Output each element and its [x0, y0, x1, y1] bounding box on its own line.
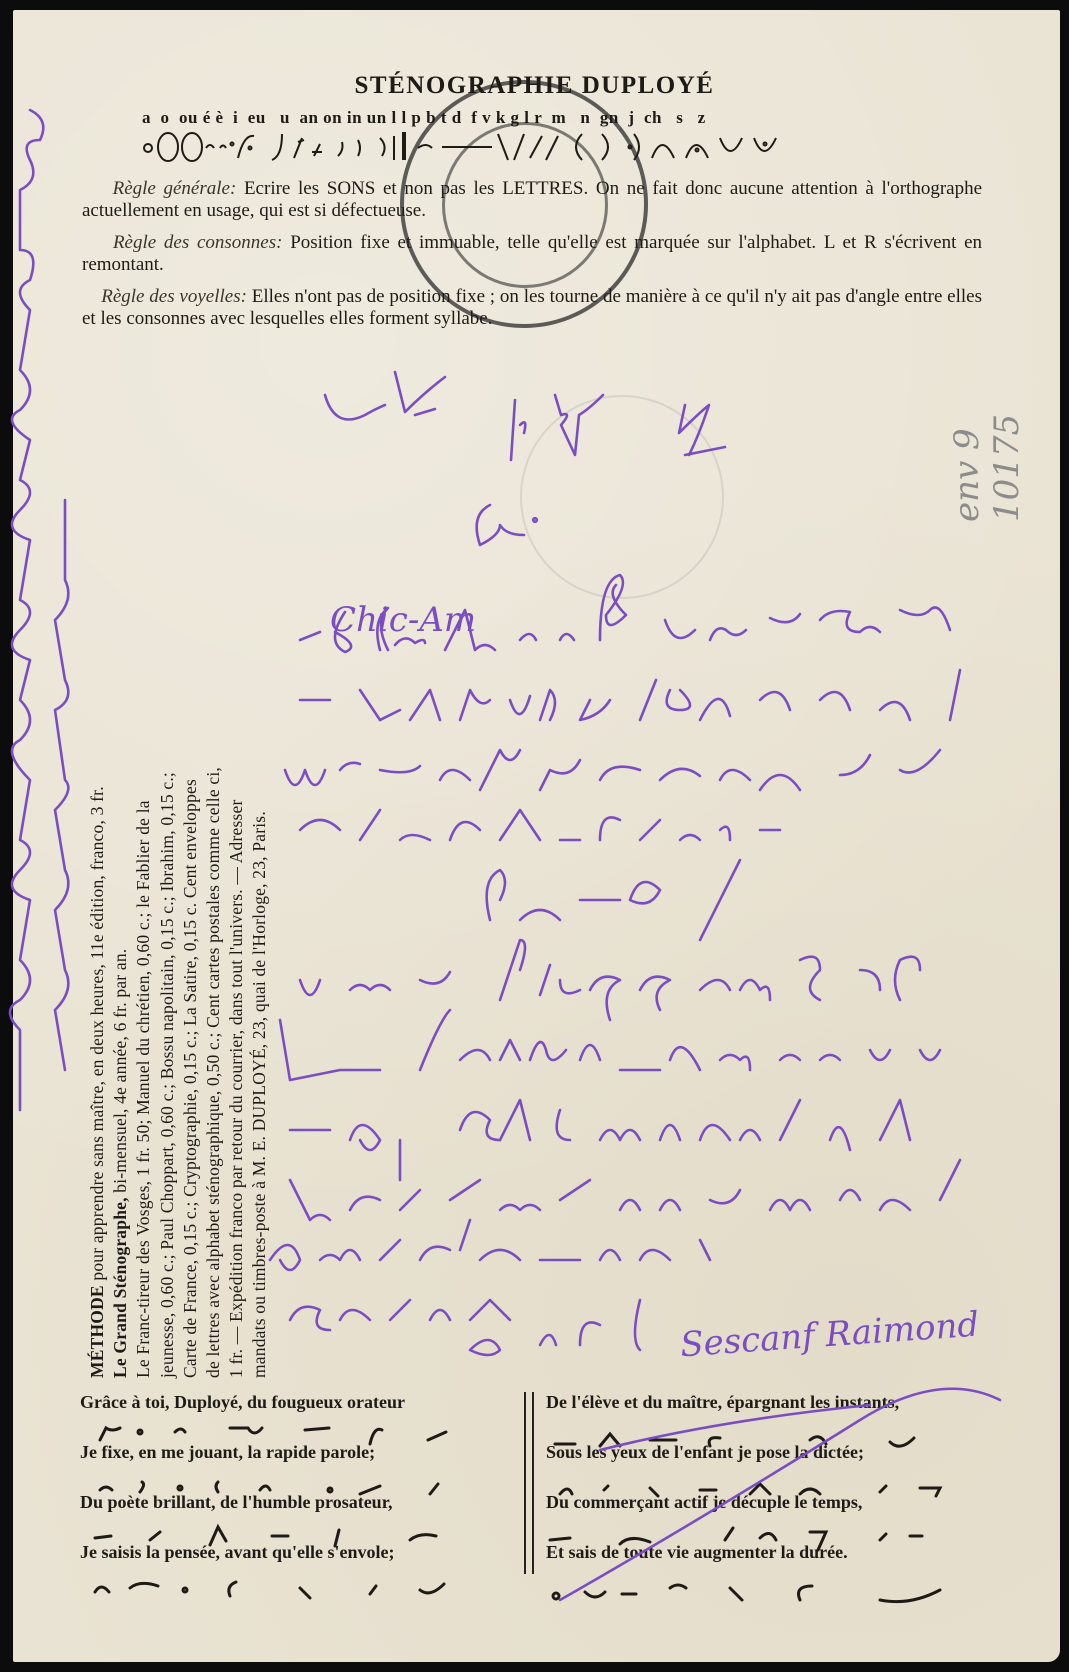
rule-vowels-label: Règle des voyelles: — [101, 286, 247, 307]
poem-left: Grâce à toi, Duployé, du fougueux orateu… — [80, 1392, 520, 1592]
advert-line: jeunesse, 0,60 c.; Paul Choppart, 0,60 c… — [156, 368, 179, 1378]
rule-general: Règle générale: Ecrire les SONS et non p… — [82, 178, 982, 222]
advert-line: MÉTHODE pour apprendre sans maître, en d… — [86, 368, 109, 1378]
advert-line: 1 fr. — Expédition franco par retour du … — [225, 368, 248, 1378]
pencil-note: env 9 10175 — [947, 358, 1027, 522]
faint-postmark — [520, 395, 724, 599]
rule-general-label: Règle générale: — [113, 178, 237, 199]
poem-line: Sous les yeux de l'enfant je pose la dic… — [546, 1442, 1006, 1466]
advert-line: de lettres avec alphabet sténographique,… — [202, 368, 225, 1378]
handwritten-fragment: Chic-Am — [330, 600, 476, 640]
rule-vowels: Règle des voyelles: Elles n'ont pas de p… — [82, 286, 982, 330]
poem-line: Grâce à toi, Duployé, du fougueux orateu… — [80, 1392, 520, 1416]
advert-line: mandats ou timbres-poste à M. E. DUPLOYÉ… — [248, 368, 271, 1378]
poem-line: Et sais de toute vie augmenter la durée. — [546, 1542, 1006, 1566]
card-title: STÉNOGRAPHIE DUPLOYÉ — [0, 72, 1069, 100]
advertisement-vertical: MÉTHODE pour apprendre sans maître, en d… — [86, 368, 272, 1378]
shorthand-alphabet-glyphs — [142, 130, 902, 164]
advert-line: Le Grand Sténographe, bi-mensuel, 4e ann… — [109, 368, 132, 1378]
alphabet-letters: a o ou é è i eu u an on in un l l p b t … — [142, 108, 902, 128]
poem-line: Je fixe, en me jouant, la rapide parole; — [80, 1442, 520, 1466]
advert-line: Carte de France, 0,15 c.; Cryptographie,… — [179, 368, 202, 1378]
pencil-note-line-2: 10175 — [987, 414, 1027, 522]
poem-line: Du commerçant actif je décuple le temps, — [546, 1492, 1006, 1516]
poem-right: De l'élève et du maître, épargnant les i… — [546, 1392, 1006, 1592]
rule-consonants-label: Règle des consonnes: — [113, 232, 283, 253]
poem-divider — [524, 1392, 534, 1574]
pencil-note-line-1: env 9 — [947, 428, 987, 522]
rule-consonants: Règle des consonnes: Position fixe et im… — [82, 232, 982, 276]
poem-line: Je saisis la pensée, avant qu'elle s'env… — [80, 1542, 520, 1566]
poem-line: De l'élève et du maître, épargnant les i… — [546, 1392, 1006, 1416]
poem-line: Du poète brillant, de l'humble prosateur… — [80, 1492, 520, 1516]
advert-line: Le Franc-tireur des Vosges, 1 fr. 50; Ma… — [132, 368, 155, 1378]
